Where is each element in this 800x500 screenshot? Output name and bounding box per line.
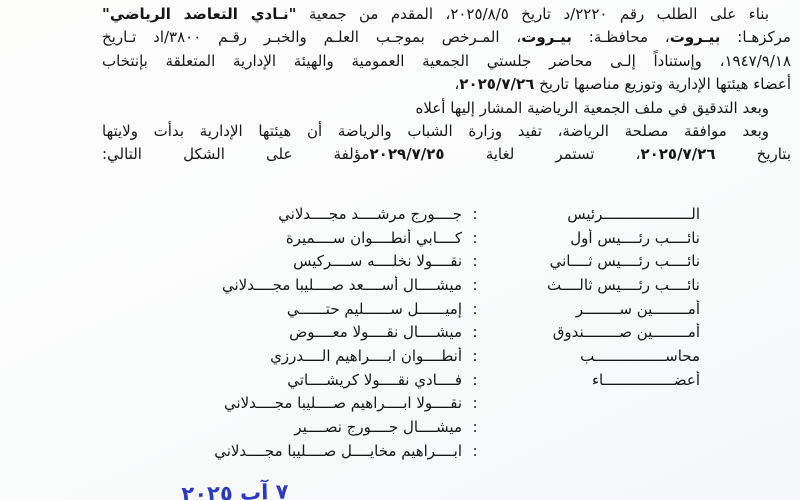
colon-separator: :	[462, 371, 488, 389]
request-line-4: أعضاء هيئتها الإدارية وتوزيع مناصبها تار…	[102, 73, 791, 96]
name-cell: إميــــــل ســــــليم حتــــــي	[195, 300, 462, 318]
letter-body-text: بناء على الطلب رقم ٢٢٢٠/د تاريخ ٢٠٢٥/٨/٥…	[102, 3, 791, 167]
board-row-vp3: نائــــب رئــــيس ثالــــث:ميشــــال أسـ…	[195, 273, 700, 297]
colon-separator: :	[462, 205, 488, 223]
mandate-end-date-bold: ٢٠٢٩/٧/٢٥	[370, 145, 445, 163]
request-line-2: مركزهـا: بيـروت، محافظـة: بيـروت، المـرخ…	[102, 26, 791, 49]
board-row-vp2: نائــــب رئــــيس ثــــاني:نقــــولا نخل…	[195, 249, 700, 273]
board-row-vp1: نائــــب رئــــيس أول:كــــابي أنطــــوا…	[195, 226, 700, 250]
role-cell: نائــــب رئــــيس ثالــــث	[488, 276, 700, 294]
role-cell: نائــــب رئــــيس أول	[488, 229, 700, 247]
center-label: مركزهـا:	[720, 28, 791, 46]
club-name-bold: "نـادي التعاضد الرياضي"	[102, 5, 296, 23]
board-row-president: الــــــــــــــــــــرئيس:جــــورج مرشـ…	[195, 202, 700, 226]
request-line-1: بناء على الطلب رقم ٢٢٢٠/د تاريخ ٢٠٢٥/٨/٥…	[102, 3, 791, 26]
board-row-treasurer: أمــــــــين صــــــــندوق:ميشــــال نقـ…	[195, 320, 700, 344]
name-cell: ميشــــال أســــعد صــــليبا مجــــدلاني	[195, 276, 462, 294]
name-cell: ميشــــال جــــورج نصــــير	[195, 418, 462, 436]
mandate-start-date-bold: ٢٠٢٥/٧/٢٦	[640, 145, 715, 163]
colon-separator: :	[462, 442, 488, 460]
mandate-start-label: بتاريخ	[716, 145, 792, 163]
audit-line-text: وبعد التدقيق في ملف الجمعية الرياضية الم…	[416, 99, 769, 117]
request-line-4-text: أعضاء هيئتها الإدارية وتوزيع مناصبها تار…	[534, 75, 791, 93]
board-row-secretary: أمــــــــين ســــــــر:إميــــــل ســــ…	[195, 297, 700, 321]
colon-separator: :	[462, 347, 488, 365]
election-date-bold: ٢٠٢٥/٧/٢٦	[459, 75, 534, 93]
approval-line-1: وبعد موافقة مصلحة الرياضة، تفيد وزارة ال…	[102, 120, 791, 143]
name-cell: أنطــــوان ابــــراهيم الــــدرزي	[195, 347, 462, 365]
board-row-member-4: :ابــــراهيم مخايــــل صــــليبا مجــــد…	[195, 439, 700, 463]
role-cell: الــــــــــــــــــــرئيس	[488, 205, 700, 223]
request-line-3: ١٩٤٧/٩/١٨، وإستناداً إلـى محاضر جلستي ال…	[102, 50, 791, 73]
colon-separator: :	[462, 394, 488, 412]
board-row-member-1: أعضــــــــــــــــاء:فــــادي نقــــولا…	[195, 368, 700, 392]
name-cell: فــــادي نقــــولا كريشــــاتي	[195, 371, 462, 389]
colon-separator: :	[462, 252, 488, 270]
license-text: ، المـرخص بموجـب العلـم والخبـر رقـم ٣٨٠…	[102, 28, 521, 46]
board-row-member-3: :ميشــــال جــــورج نصــــير	[195, 415, 700, 439]
name-cell: نقــــولا ابــــراهيم صــــليبا مجــــدل…	[195, 394, 462, 412]
colon-separator: :	[462, 229, 488, 247]
board-row-accountant: محاســــــــــــــــب:أنطــــوان ابــــر…	[195, 344, 700, 368]
role-cell: أمــــــــين ســــــــر	[488, 300, 700, 318]
approval-line-2: بتاريخ ٢٠٢٥/٧/٢٦، تستمر لغاية ٢٠٢٩/٧/٢٥م…	[102, 143, 791, 166]
governorate-label: ، محافظـة:	[572, 28, 670, 46]
role-cell: أعضــــــــــــــــاء	[488, 371, 700, 389]
board-members-list: الــــــــــــــــــــرئيس:جــــورج مرشـ…	[195, 202, 700, 463]
colon-separator: :	[462, 418, 488, 436]
name-cell: نقــــولا نخلــــه ســــركيس	[195, 252, 462, 270]
governorate-city-bold: بيـروت	[521, 28, 572, 46]
colon-separator: :	[462, 300, 488, 318]
name-cell: ميشــــال نقــــولا معــــوض	[195, 323, 462, 341]
mandate-until-label: ، تستمر لغاية	[445, 145, 641, 163]
colon-separator: :	[462, 276, 488, 294]
handwritten-date-stamp: ٧ آب ٢٠٢٥	[160, 479, 311, 500]
role-cell: نائــــب رئــــيس ثــــاني	[488, 252, 700, 270]
role-cell: محاســــــــــــــــب	[488, 347, 700, 365]
role-cell: أمــــــــين صــــــــندوق	[488, 323, 700, 341]
request-line-3-text: ١٩٤٧/٩/١٨، وإستناداً إلـى محاضر جلستي ال…	[102, 52, 791, 70]
name-cell: جــــورج مرشــــد مجــــدلاني	[195, 205, 462, 223]
composed-as-follows-label: مؤلفة على الشكل التالي:	[102, 145, 370, 163]
audit-line: وبعد التدقيق في ملف الجمعية الرياضية الم…	[102, 97, 791, 120]
center-city-bold: بيـروت	[670, 28, 721, 46]
board-row-member-2: :نقــــولا ابــــراهيم صــــليبا مجــــد…	[195, 392, 700, 416]
name-cell: ابــــراهيم مخايــــل صــــليبا مجــــدل…	[195, 442, 462, 460]
request-line-1-text: بناء على الطلب رقم ٢٢٢٠/د تاريخ ٢٠٢٥/٨/٥…	[296, 5, 769, 23]
colon-separator: :	[462, 323, 488, 341]
name-cell: كــــابي أنطــــوان ســــميرة	[195, 229, 462, 247]
approval-line-1-text: وبعد موافقة مصلحة الرياضة، تفيد وزارة ال…	[102, 122, 769, 140]
scanned-letter-page: بناء على الطلب رقم ٢٢٢٠/د تاريخ ٢٠٢٥/٨/٥…	[0, 0, 800, 500]
